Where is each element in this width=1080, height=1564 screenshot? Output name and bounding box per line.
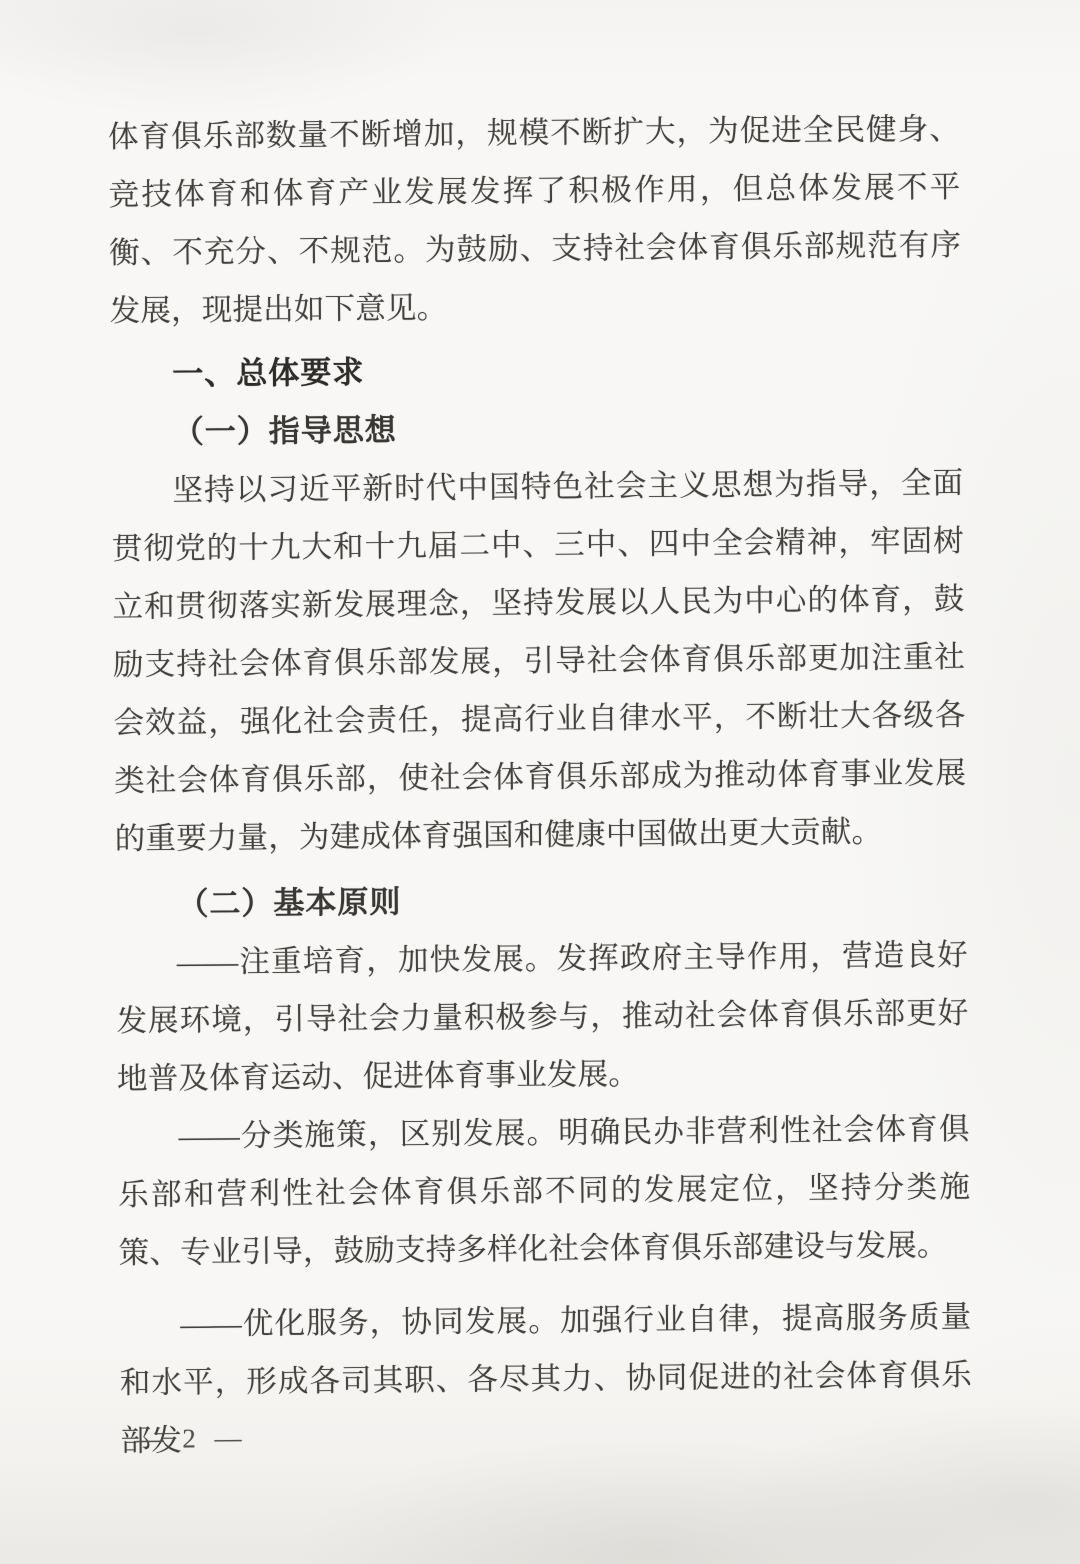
page-number: — 2 — — [136, 1423, 247, 1455]
paragraph-continued-from-previous-page: 体育俱乐部数量不断增加，规模不断扩大，为促进全民健身、竞技体育和体育产业发展发挥… — [108, 100, 962, 340]
subsection-heading-basic-principles: （二）基本原则 — [115, 868, 968, 934]
subsection-heading-guiding-ideology: （一）指导思想 — [111, 396, 964, 462]
paragraph-principle-cultivation: ——注重培育，加快发展。发挥政府主导作用，营造良好发展环境，引导社会力量积极参与… — [116, 926, 970, 1108]
document-text-block: 体育俱乐部数量不断增加，规模不断扩大，为促进全民健身、竞技体育和体育产业发展发挥… — [0, 0, 1080, 1564]
paragraph-principle-classification: ——分类施策，区别发展。明确民办非营利性社会体育俱乐部和营利性社会体育俱乐部不同… — [117, 1100, 971, 1282]
section-heading-overall-requirements: 一、总体要求 — [110, 338, 963, 404]
scanned-document-page: { "document": { "continued_paragraph": "… — [0, 0, 1080, 1564]
paragraph-guiding-ideology: 坚持以习近平新时代中国特色社会主义思想为指导，全面贯彻党的十九大和十九届二中、三… — [111, 454, 967, 868]
